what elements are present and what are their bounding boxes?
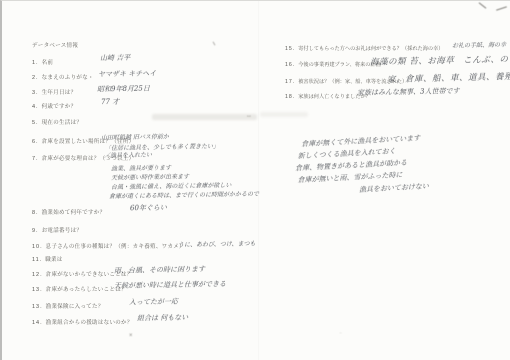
question-11-label: 職業は [45,257,62,263]
question-4-label: 何歳ですか？ [42,104,77,110]
question-9-number: 9. [32,228,39,234]
question-14-answer: 組合は 何もない [137,313,188,324]
scan-pen-mark: ↔ [246,113,252,119]
question-11: 11.職業は [32,255,63,263]
question-10: 10.息子さんの仕事の種類は？（例：カキ養殖、ワカメ） [32,242,185,250]
question-1: 1.名前 [32,58,53,66]
question-12-number: 12. [32,272,43,278]
question-17-number: 17. [285,79,295,85]
question-15: 15.寄付してもらった方へのお礼は何ができる？（採れた海の幸） [285,45,443,52]
question-10-number: 10. [32,244,43,250]
handwritten-note: 倉庫が無くて外に漁具をおいています 新しくつくる漁具を入れておく 倉庫、物置きが… [289,127,506,196]
note-line-1: 倉庫が無くて外に漁具をおいています [301,133,420,149]
question-15-answer: お礼の手紙、海の幸 [452,40,506,50]
scan-speck-mid-left: ´ [74,253,76,259]
question-1-answer: 山崎 吉平 [100,53,130,64]
question-12-answer: 雨、台風、その時に困ります [114,264,205,276]
question-5: 5.現在の生活は？ [32,118,82,126]
scanned-survey-document: データベース情報 1.名前 山崎 吉平 2.なまえのふりがな・ ヤマザキ キチヘ… [0,0,510,360]
question-2: 2.なまえのふりがな・ [32,73,94,81]
question-9-label: お電話番号は？ [42,228,83,234]
question-4: 4.何歳ですか？ [32,102,76,110]
question-13b-number: 13. [32,304,43,310]
scan-speck-bottom-right: ⁻ [339,331,342,338]
question-13-answer: 天候が悪い時に道具と仕事ができる [114,279,226,291]
page-fold-divider [258,1,259,360]
question-14-label: 漁業組合からの援助はないのか？ [46,320,133,326]
scan-corner-stroke-1 [479,2,487,8]
question-15-number: 15. [285,46,295,52]
question-4-number: 4. [32,104,39,110]
question-18-answer: 家族はみんな無事、3人世帯です [357,86,460,98]
question-1-number: 1. [32,60,39,66]
question-5-number: 5. [32,120,39,126]
question-2-label: なまえのふりがな・ [42,75,94,81]
question-6-answer: 山田町船越 旧バス停前か [101,131,169,141]
question-13b-label: 漁業保険に入ってた？ [46,304,104,310]
question-14-number: 14. [32,320,43,326]
question-13: 13.倉庫があったらしたいことは？ [32,285,127,293]
question-16-label: 今後の事業再建プラン、将来の計画 [298,62,381,68]
question-16-number: 16. [285,62,295,68]
question-13b: 13.漁業保険に入ってた？ [32,302,104,310]
question-7-answer-item-4: 倉庫が遠くにある時は、まで行くのに時間がかかるので [109,189,259,201]
question-2-number: 2. [32,75,39,81]
document-section-title: データベース情報 [32,41,78,49]
question-10-label: 息子さんの仕事の種類は？（例：カキ養殖、ワカメ） [46,244,185,250]
question-9: 9.お電話番号は？ [32,226,82,234]
question-8-answer: 60年ぐらい [130,203,167,214]
question-3-label: 生年月日は？ [42,90,77,96]
question-1-label: 名前 [42,60,54,66]
scan-smudge-band [152,114,257,120]
scan-smudge-band-2 [260,112,308,117]
question-7-number: 7. [32,156,39,162]
scan-speck-bottom-left: × [129,333,133,339]
question-16-answer: 海藻の類 苔、お海草 こんぶ、のり養殖 [370,52,510,67]
question-2-answer: ヤマザキ キチヘイ [98,68,156,79]
question-8: 8.漁業始めて何年ですか？ [32,208,105,216]
question-5-label: 現在の生活は？ [42,120,83,126]
question-6-number: 6. [32,139,39,145]
question-3: 3.生年月日は？ [32,88,76,96]
question-8-number: 8. [32,210,39,216]
question-7-answer: ／漁具を入れたい [104,150,152,160]
question-13-number: 13. [32,287,43,293]
question-3-number: 3. [32,90,39,96]
question-16: 16.今後の事業再建プラン、将来の計画 [285,61,381,68]
question-13b-answer: 入ってたが一応 [129,297,178,308]
question-18-number: 18. [285,94,295,100]
note-line-5: 漁具をおいておけない [359,181,429,195]
question-4-answer: 77 才 [101,97,119,107]
question-15-label: 寄付してもらった方へのお礼は何ができる？（採れた海の幸） [298,46,443,52]
scan-speck-title [213,42,216,46]
scan-corner-stroke-2 [496,6,507,10]
question-11-number: 11. [32,257,42,263]
question-14: 14.漁業組合からの援助はないのか？ [32,318,133,326]
question-17-answer: 家、倉庫、船、車、道具、養殖いかだ全部 [387,69,510,85]
question-8-label: 漁業始めて何年ですか？ [42,210,106,216]
question-3-answer: 昭和9年8月25日 [97,84,150,95]
question-10-answer: うに、あわび、つけ、まつも [178,238,256,248]
